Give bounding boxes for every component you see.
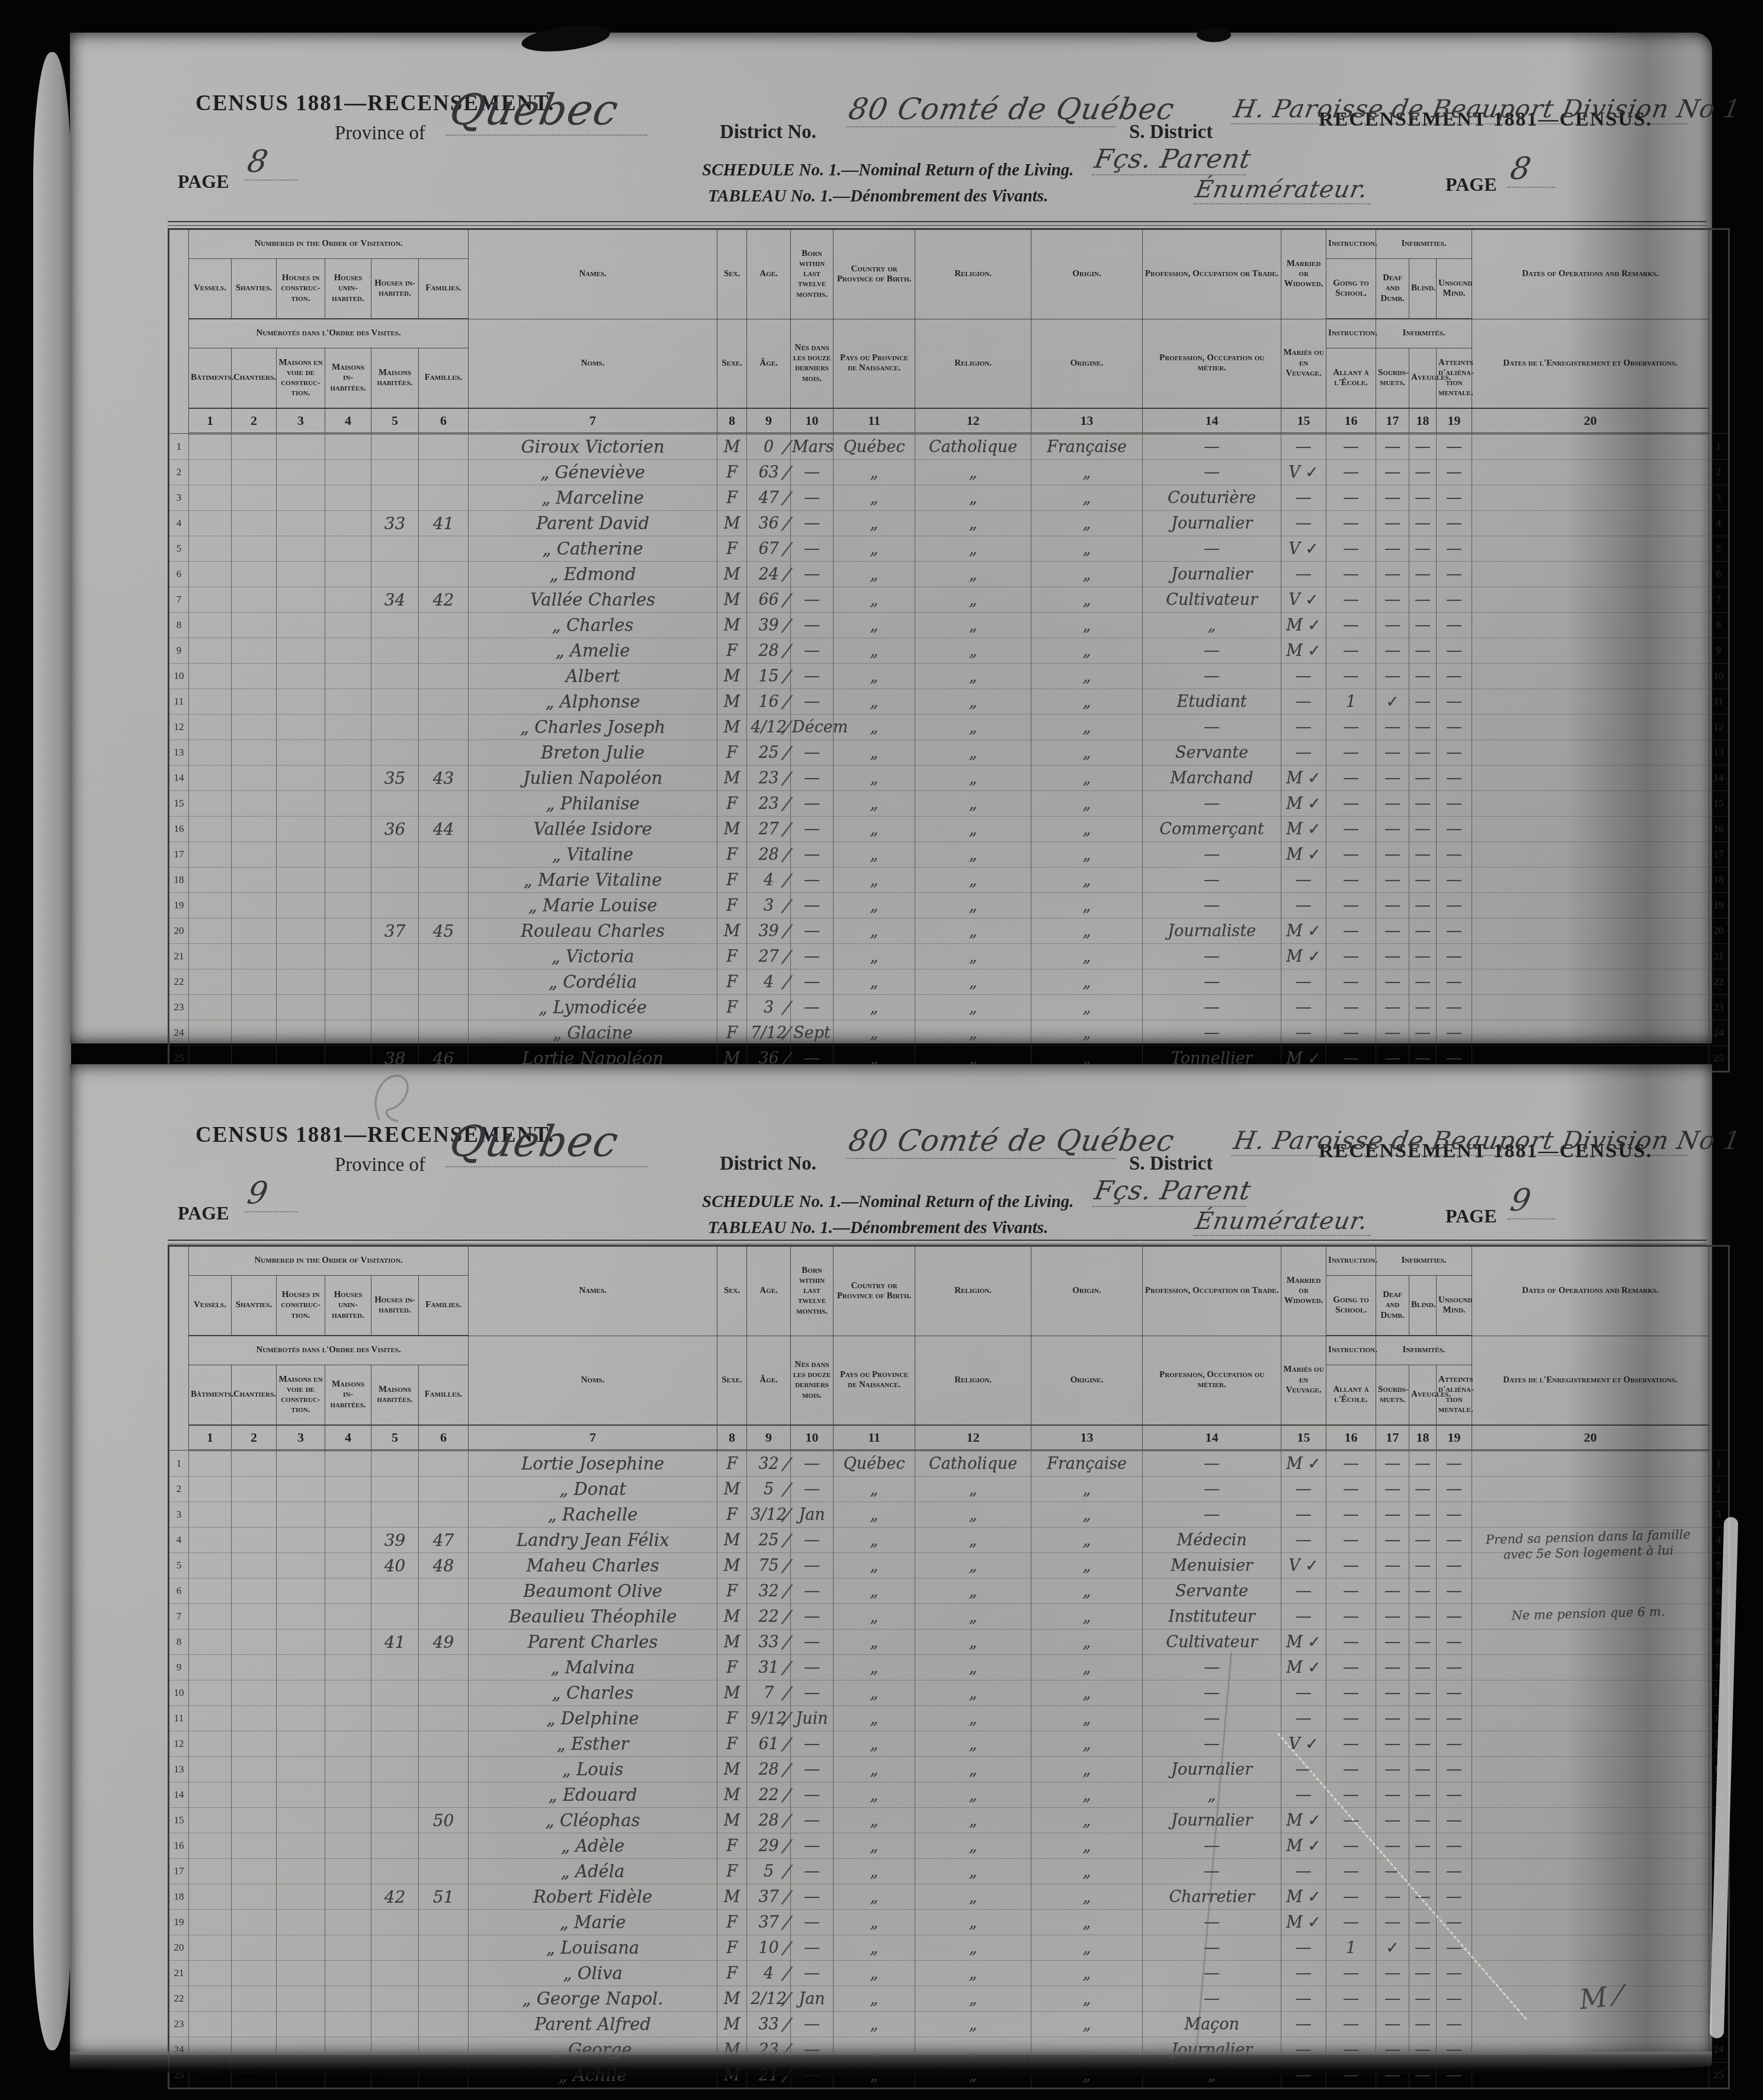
cell-names: „ Adéla — [469, 1859, 717, 1884]
cell-religion: „ — [915, 1986, 1031, 2012]
cell-remarks — [1472, 511, 1709, 536]
cell-birthplace: „ — [834, 1604, 915, 1630]
province-label: Province of — [335, 123, 425, 145]
page-number-left: 8 — [245, 144, 304, 181]
cell-blind: — — [1409, 969, 1437, 995]
cell-houses-uninhabited — [325, 1630, 371, 1655]
cell-remarks — [1472, 893, 1709, 918]
cell-houses-uninhabited — [325, 587, 371, 613]
cell-religion: „ — [915, 867, 1031, 893]
cell-birthplace: Québec — [834, 1451, 915, 1477]
cell-sex: M — [717, 1680, 747, 1706]
visitation-group-header-fr: Numérotés dans l'Ordre des Visites. — [189, 319, 469, 348]
cell-religion: „ — [915, 1604, 1031, 1630]
cell-born-12mo: — — [791, 536, 834, 562]
cell-birthplace: „ — [834, 969, 915, 995]
cell-deaf-dumb: — — [1376, 1782, 1409, 1808]
cell-born-12mo: — — [791, 587, 834, 613]
cell-families — [419, 1833, 469, 1859]
census-row: 10AlbertM15—„„„——————10 — [169, 664, 1729, 689]
cell-age: 22 — [747, 1604, 791, 1630]
cell-unsound-mind: — — [1437, 893, 1472, 918]
cell-born-12mo: — — [791, 1961, 834, 1986]
cell-families: 49 — [419, 1630, 469, 1655]
cell-families — [419, 1782, 469, 1808]
cell-vessels — [189, 1528, 232, 1553]
cell-houses-uninhabited — [325, 638, 371, 664]
row-number: 2 — [1709, 460, 1729, 485]
cell-unsound-mind: — — [1437, 587, 1472, 613]
cell-remarks — [1472, 766, 1709, 791]
cell-origin: „ — [1031, 1020, 1143, 1046]
cell-unsound-mind: — — [1437, 740, 1472, 766]
cell-remarks — [1472, 689, 1709, 715]
col-header-families-fr: Familles. — [419, 1365, 469, 1426]
cell-origin: „ — [1031, 1630, 1143, 1655]
cell-religion: „ — [915, 2012, 1031, 2037]
page-number-left: 9 — [245, 1176, 304, 1212]
cell-remarks — [1472, 918, 1709, 944]
census-row: 8„ CharlesM39—„„„„M ✓————8 — [169, 613, 1729, 638]
cell-school: — — [1326, 1553, 1376, 1579]
cell-remarks — [1472, 791, 1709, 817]
cell-families — [419, 944, 469, 969]
cell-occupation: — — [1143, 995, 1281, 1020]
cell-occupation: Maçon — [1143, 2012, 1281, 2037]
cell-origin: „ — [1031, 842, 1143, 867]
cell-families — [419, 664, 469, 689]
cell-houses-construction — [277, 791, 325, 817]
cell-origin: „ — [1031, 1935, 1143, 1961]
col-header-occupation-en: Profession, Occupation or Trade. — [1143, 229, 1281, 319]
cell-houses-uninhabited — [325, 766, 371, 791]
cell-shanties — [232, 1935, 277, 1961]
cell-houses-construction — [277, 715, 325, 740]
cell-houses-construction — [277, 1477, 325, 1502]
cell-age: 25 — [747, 1528, 791, 1553]
column-number-9: 9 — [747, 408, 791, 434]
cell-shanties — [232, 1020, 277, 1046]
cell-birthplace: „ — [834, 613, 915, 638]
cell-school: — — [1326, 1477, 1376, 1502]
cell-born-12mo: — — [791, 1731, 834, 1757]
cell-religion: „ — [915, 1910, 1031, 1935]
cell-unsound-mind: — — [1437, 1731, 1472, 1757]
cell-names: „ Charles Joseph — [469, 715, 717, 740]
cell-houses-uninhabited — [325, 536, 371, 562]
row-number: 17 — [1709, 842, 1729, 867]
cell-origin: „ — [1031, 1604, 1143, 1630]
cell-occupation: Menuisier — [1143, 1553, 1281, 1579]
cell-birthplace: „ — [834, 1884, 915, 1910]
cell-origin: „ — [1031, 1655, 1143, 1680]
cell-sex: M — [717, 1553, 747, 1579]
col-header-married-widowed-en: Married or Widowed. — [1281, 229, 1326, 319]
col-header-origin-fr: Origine. — [1031, 319, 1143, 408]
row-number: 1 — [169, 434, 189, 460]
cell-occupation: — — [1143, 1961, 1281, 1986]
row-number: 8 — [169, 1630, 189, 1655]
cell-vessels — [189, 1630, 232, 1655]
header-rule — [168, 221, 1707, 226]
cell-blind: — — [1409, 1655, 1437, 1680]
cell-blind: — — [1409, 1451, 1437, 1477]
cell-occupation: — — [1143, 1451, 1281, 1477]
enumerator-signature: Fçs. Parent — [1092, 144, 1251, 175]
cell-families — [419, 1961, 469, 1986]
cell-occupation: Cultivateur — [1143, 587, 1281, 613]
cell-remarks — [1472, 536, 1709, 562]
cell-houses-inhabited — [371, 893, 419, 918]
cell-houses-uninhabited — [325, 1477, 371, 1502]
cell-occupation: Couturière — [1143, 485, 1281, 511]
cell-married-widowed: — — [1281, 562, 1326, 587]
cell-age: 39 — [747, 613, 791, 638]
cell-born-12mo: — — [791, 1528, 834, 1553]
cell-blind: — — [1409, 995, 1437, 1020]
cell-occupation: — — [1143, 1706, 1281, 1731]
cell-sex: F — [717, 460, 747, 485]
cell-sex: M — [717, 562, 747, 587]
cell-born-12mo: Décem — [791, 715, 834, 740]
cell-religion: „ — [915, 1630, 1031, 1655]
cell-school: — — [1326, 766, 1376, 791]
cell-occupation: — — [1143, 893, 1281, 918]
cell-deaf-dumb: — — [1376, 1961, 1409, 1986]
row-number: 19 — [1709, 893, 1729, 918]
cell-birthplace: „ — [834, 638, 915, 664]
cell-families — [419, 1680, 469, 1706]
col-header-vessels-en: Vessels. — [189, 259, 232, 319]
column-number-2: 2 — [232, 1425, 277, 1451]
cell-shanties — [232, 969, 277, 995]
cell-religion: „ — [915, 1859, 1031, 1884]
cell-deaf-dumb: — — [1376, 766, 1409, 791]
cell-blind: — — [1409, 536, 1437, 562]
row-number: 2 — [169, 1477, 189, 1502]
cell-shanties — [232, 867, 277, 893]
cell-deaf-dumb: — — [1376, 587, 1409, 613]
cell-school: 1 — [1326, 1935, 1376, 1961]
cell-houses-uninhabited — [325, 485, 371, 511]
cell-occupation: — — [1143, 1655, 1281, 1680]
cell-families — [419, 791, 469, 817]
cell-origin: „ — [1031, 2012, 1143, 2037]
cell-names: „ Oliva — [469, 1961, 717, 1986]
col-header-birthplace-en: Country or Province of Birth. — [834, 229, 915, 319]
cell-age: 23 — [747, 791, 791, 817]
cell-names: Albert — [469, 664, 717, 689]
column-number-8: 8 — [717, 408, 747, 434]
cell-religion: „ — [915, 1502, 1031, 1528]
cell-families — [419, 1935, 469, 1961]
census-row: 19„ Marie LouiseF3—„„„——————19 — [169, 893, 1729, 918]
cell-houses-uninhabited — [325, 842, 371, 867]
cell-houses-inhabited: 39 — [371, 1528, 419, 1553]
census-row: 19„ MarieF37—„„„—M ✓————19 — [169, 1910, 1729, 1935]
province-value-handwritten: Quebec — [445, 85, 656, 136]
cell-shanties — [232, 842, 277, 867]
cell-origin: „ — [1031, 613, 1143, 638]
column-number-1: 1 — [189, 1425, 232, 1451]
cell-birthplace: „ — [834, 766, 915, 791]
cell-origin: „ — [1031, 460, 1143, 485]
instruction-group-header-fr: Instruction. — [1326, 319, 1376, 348]
cell-names: „ Amelie — [469, 638, 717, 664]
row-number: 15 — [169, 791, 189, 817]
cell-birthplace: „ — [834, 1680, 915, 1706]
cell-born-12mo: — — [791, 1655, 834, 1680]
cell-houses-inhabited — [371, 460, 419, 485]
cell-unsound-mind: — — [1437, 715, 1472, 740]
cell-married-widowed: — — [1281, 1502, 1326, 1528]
cell-married-widowed: M ✓ — [1281, 1655, 1326, 1680]
column-number-7: 7 — [469, 408, 717, 434]
cell-houses-inhabited: 42 — [371, 1884, 419, 1910]
col-header-houses-construction-fr: Maisons en voie de construc­tion. — [277, 1365, 325, 1426]
column-number-14: 14 — [1143, 1425, 1281, 1451]
cell-names: „ Donat — [469, 1477, 717, 1502]
cell-vessels — [189, 689, 232, 715]
cell-families — [419, 536, 469, 562]
cell-religion: „ — [915, 460, 1031, 485]
cell-age: 33 — [747, 2012, 791, 2037]
column-number-13: 13 — [1031, 408, 1143, 434]
census-row: 5„ CatherineF67—„„„—V ✓————5 — [169, 536, 1729, 562]
col-header-houses-uninhabited-en: Houses unin­habited. — [325, 1276, 371, 1336]
cell-names: „ Marie Vitaline — [469, 867, 717, 893]
cell-houses-construction — [277, 1020, 325, 1046]
cell-school: — — [1326, 715, 1376, 740]
cell-occupation: Commerçant — [1143, 817, 1281, 842]
census-row: 24„ GlacineF7/12Sept„„„——————24 — [169, 1020, 1729, 1046]
cell-school: — — [1326, 1020, 1376, 1046]
row-number: 21 — [169, 944, 189, 969]
cell-remarks — [1472, 1502, 1709, 1528]
cell-houses-construction — [277, 1680, 325, 1706]
cell-blind: — — [1409, 766, 1437, 791]
cell-deaf-dumb: — — [1376, 715, 1409, 740]
district-label: District No. — [720, 121, 816, 143]
column-number-16: 16 — [1326, 408, 1376, 434]
column-number-18: 18 — [1409, 1425, 1437, 1451]
cell-houses-inhabited: 35 — [371, 766, 419, 791]
cell-blind: — — [1409, 867, 1437, 893]
cell-deaf-dumb: — — [1376, 1477, 1409, 1502]
cell-origin: Française — [1031, 434, 1143, 460]
cell-religion: „ — [915, 1808, 1031, 1833]
cell-houses-uninhabited — [325, 1528, 371, 1553]
cell-vessels — [189, 511, 232, 536]
cell-vessels — [189, 1986, 232, 2012]
cell-religion: „ — [915, 1706, 1031, 1731]
row-number: 20 — [1709, 918, 1729, 944]
cell-sex: M — [717, 434, 747, 460]
cell-occupation: — — [1143, 944, 1281, 969]
cell-married-widowed: — — [1281, 1757, 1326, 1782]
cell-school: — — [1326, 1680, 1376, 1706]
cell-houses-uninhabited — [325, 1935, 371, 1961]
census-row: 9„ MalvinaF31—„„„—M ✓————9 — [169, 1655, 1729, 1680]
cell-age: 23 — [747, 766, 791, 791]
cell-born-12mo: — — [791, 1579, 834, 1604]
row-number: 8 — [1709, 613, 1729, 638]
cell-names: Vallée Charles — [469, 587, 717, 613]
row-number: 24 — [169, 1020, 189, 1046]
cell-religion: „ — [915, 918, 1031, 944]
cell-age: 63 — [747, 460, 791, 485]
census-row: 3„ MarcelineF47—„„„Couturière—————3 — [169, 485, 1729, 511]
cell-houses-inhabited — [371, 740, 419, 766]
cell-remarks — [1472, 1477, 1709, 1502]
cell-born-12mo: — — [791, 969, 834, 995]
cell-deaf-dumb: — — [1376, 918, 1409, 944]
cell-birthplace: „ — [834, 1833, 915, 1859]
cell-sex: M — [717, 817, 747, 842]
cell-names: „ Charles — [469, 1680, 717, 1706]
province-value-handwritten: Quebec — [445, 1116, 656, 1167]
cell-vessels — [189, 2012, 232, 2037]
col-header-blind-fr: Aveugles. — [1409, 1365, 1437, 1426]
cell-blind: — — [1409, 1859, 1437, 1884]
cell-names: Rouleau Charles — [469, 918, 717, 944]
col-header-occupation-fr: Profession, Occupation ou métier. — [1143, 319, 1281, 408]
row-number: 13 — [1709, 740, 1729, 766]
cell-age: 27 — [747, 817, 791, 842]
cell-origin: „ — [1031, 1706, 1143, 1731]
cell-families — [419, 1451, 469, 1477]
cell-houses-inhabited: 34 — [371, 587, 419, 613]
cell-houses-inhabited — [371, 613, 419, 638]
column-number-20: 20 — [1472, 1425, 1709, 1451]
cell-shanties — [232, 817, 277, 842]
col-header-sex-en: Sex. — [717, 1246, 747, 1336]
cell-deaf-dumb: — — [1376, 1884, 1409, 1910]
cell-sex: M — [717, 1986, 747, 2012]
cell-unsound-mind: — — [1437, 791, 1472, 817]
cell-families — [419, 1757, 469, 1782]
cell-houses-inhabited — [371, 689, 419, 715]
cell-age: 22 — [747, 1782, 791, 1808]
census-row: 18„ Marie VitalineF4—„„„——————18 — [169, 867, 1729, 893]
cell-houses-uninhabited — [325, 944, 371, 969]
cell-origin: „ — [1031, 817, 1143, 842]
cell-families — [419, 995, 469, 1020]
cell-names: „ Edouard — [469, 1782, 717, 1808]
ink-blot — [1197, 28, 1231, 42]
row-number: 1 — [169, 1451, 189, 1477]
census-sheet-page-8: CENSUS 1881—RECENSEMENT. RECENSEMENT 188… — [70, 33, 1712, 1043]
cell-shanties — [232, 1757, 277, 1782]
col-header-houses-uninhabited-fr: Maisons in­habitées. — [325, 1365, 371, 1426]
cell-families — [419, 893, 469, 918]
cell-married-widowed: — — [1281, 664, 1326, 689]
cell-remarks — [1472, 1451, 1709, 1477]
cell-deaf-dumb: — — [1376, 944, 1409, 969]
cell-age: 28 — [747, 1757, 791, 1782]
cell-houses-inhabited — [371, 1502, 419, 1528]
col-header-houses-inhabited-fr: Maisons habitées. — [371, 348, 419, 409]
census-row: 17„ VitalineF28—„„„—M ✓————17 — [169, 842, 1729, 867]
cell-age: 0 — [747, 434, 791, 460]
census-sheet-page-9: CENSUS 1881—RECENSEMENT. RECENSEMENT 188… — [70, 1064, 1712, 2055]
row-number: 7 — [169, 587, 189, 613]
cell-houses-construction — [277, 1808, 325, 1833]
cell-houses-inhabited: 36 — [371, 817, 419, 842]
cell-remarks — [1472, 1884, 1709, 1910]
cell-houses-uninhabited — [325, 1655, 371, 1680]
cell-vessels — [189, 1910, 232, 1935]
cell-origin: „ — [1031, 1579, 1143, 1604]
cell-born-12mo: — — [791, 1630, 834, 1655]
cell-birthplace: „ — [834, 485, 915, 511]
cell-age: 7 — [747, 1680, 791, 1706]
cell-origin: „ — [1031, 638, 1143, 664]
cell-shanties — [232, 1451, 277, 1477]
cell-religion: „ — [915, 791, 1031, 817]
col-header-houses-inhabited-en: Houses in­habited. — [371, 1276, 419, 1336]
column-number-3: 3 — [277, 1425, 325, 1451]
cell-age: 66 — [747, 587, 791, 613]
col-header-shanties-fr: Chantiers. — [232, 1365, 277, 1426]
cell-vessels — [189, 1553, 232, 1579]
cell-birthplace: „ — [834, 918, 915, 944]
cell-deaf-dumb: — — [1376, 613, 1409, 638]
cell-birthplace: „ — [834, 1757, 915, 1782]
district-value-handwritten: 80 Comté de Québec — [846, 1123, 1122, 1159]
cell-vessels — [189, 1833, 232, 1859]
cell-houses-construction — [277, 1630, 325, 1655]
cell-sex: F — [717, 1502, 747, 1528]
cell-houses-inhabited — [371, 1910, 419, 1935]
cell-blind: — — [1409, 485, 1437, 511]
cell-vessels — [189, 434, 232, 460]
cell-houses-uninhabited — [325, 867, 371, 893]
cell-families: 43 — [419, 766, 469, 791]
cell-remarks — [1472, 613, 1709, 638]
col-header-deaf-dumb-fr: Sourds-muets. — [1376, 1365, 1409, 1426]
cell-birthplace: „ — [834, 587, 915, 613]
col-header-sex-en: Sex. — [717, 229, 747, 319]
cell-married-widowed: — — [1281, 1986, 1326, 2012]
cell-houses-uninhabited — [325, 1986, 371, 2012]
census-row: 12„ Charles JosephM4/12Décem„„„——————12 — [169, 715, 1729, 740]
cell-blind: — — [1409, 562, 1437, 587]
cell-names: „ Géneviève — [469, 460, 717, 485]
census-row: 2„ GénevièveF63—„„„—V ✓————2 — [169, 460, 1729, 485]
cell-religion: „ — [915, 969, 1031, 995]
cell-unsound-mind: — — [1437, 995, 1472, 1020]
cell-houses-uninhabited — [325, 511, 371, 536]
cell-families: 50 — [419, 1808, 469, 1833]
cell-sex: F — [717, 1579, 747, 1604]
census-row: 43341Parent DavidM36—„„„Journalier—————4 — [169, 511, 1729, 536]
row-number: 6 — [1709, 562, 1729, 587]
cell-religion: „ — [915, 1782, 1031, 1808]
cell-families — [419, 1859, 469, 1884]
cell-married-widowed: — — [1281, 1859, 1326, 1884]
cell-sex: M — [717, 689, 747, 715]
cell-sex: F — [717, 740, 747, 766]
cell-religion: „ — [915, 1757, 1031, 1782]
cell-occupation: Etudiant — [1143, 689, 1281, 715]
cell-houses-inhabited: 37 — [371, 918, 419, 944]
cell-shanties — [232, 1782, 277, 1808]
schedule-title-fr: TABLEAU No. 1.—Dénombrement des Vivants. — [708, 187, 1048, 206]
cell-origin: „ — [1031, 1910, 1143, 1935]
cell-married-widowed: — — [1281, 1680, 1326, 1706]
cell-blind: — — [1409, 893, 1437, 918]
